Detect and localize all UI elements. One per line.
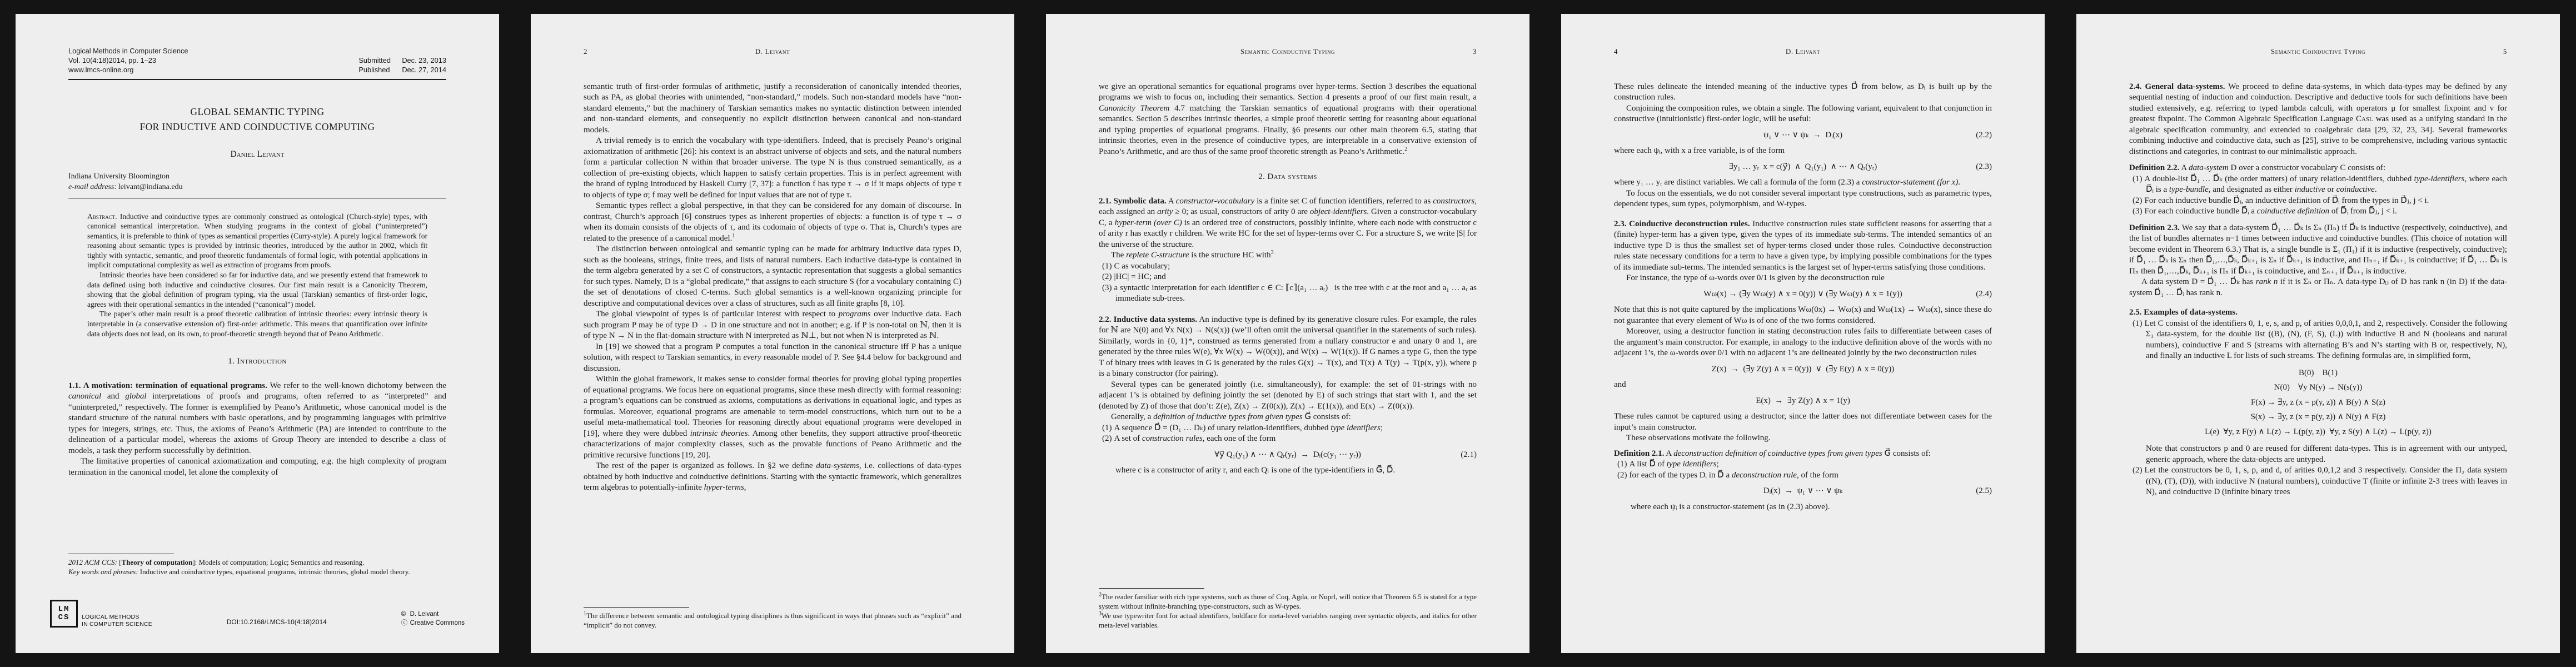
running-title: Semantic Coinductive Typing — [2157, 46, 2479, 57]
text-run: These rules delineate the intended meani… — [1614, 82, 1992, 102]
text-run: global — [125, 392, 146, 401]
text-run: ; — [1381, 424, 1383, 432]
vertical-space — [68, 339, 446, 356]
text-run: Intrinsic theories have been considered … — [87, 271, 427, 308]
text-run: where c is a constructor of arity r, and… — [1115, 466, 1395, 475]
text-run: The limitative properties of canonical a… — [68, 457, 446, 477]
text-run: Definition 2.2. — [2129, 163, 2179, 172]
text-run: A data system D = D⃗₁ … D⃗ₖ has — [2141, 277, 2256, 286]
text-run: ]: Models of computation; Logic; Semanti… — [192, 558, 364, 566]
text-run: ≥ 0; as usual, constructors of arity 0 a… — [1173, 207, 1309, 216]
footnote: Key words and phrases: Inductive and coi… — [68, 567, 446, 576]
paragraph: where each ψᵢ, with x a free variable, i… — [1614, 146, 1992, 157]
text-run: deconstruction rule — [1732, 471, 1797, 480]
journal-info: Logical Methods in Computer ScienceVol. … — [68, 46, 446, 74]
paragraph: Intrinsic theories have been considered … — [87, 270, 427, 309]
text-run: is a finite set C of function identifier… — [1254, 197, 1433, 206]
paragraph: semantic truth of first-order formulas o… — [584, 82, 961, 136]
footnote: 2012 ACM CCS: [Theory of computation]: M… — [68, 558, 446, 567]
text-run: and — [101, 392, 125, 401]
footnote: 3We use typewriter font for actual ident… — [1099, 611, 1477, 630]
license-text: Creative Commons — [410, 619, 465, 628]
list-item: (2)For each inductive bundle D⃗ᵢ, an ind… — [2129, 196, 2507, 207]
text-run: and — [1614, 380, 1626, 389]
text-run: We say that a data-system D⃗₁ … D⃗ₖ is Σ… — [2129, 223, 2507, 276]
equation: Wω(x) → (∃y Wω(y) ∧ x = 0(y)) ∨ (∃y Wω(y… — [1614, 289, 1992, 300]
page-number-right — [1964, 46, 1992, 57]
paragraph: 2.3. Coinductive deconstruction rules. I… — [1614, 219, 1992, 273]
text-run: These rules cannot be captured using a d… — [1614, 412, 1992, 432]
text-run: G⃗ consists of: — [1303, 412, 1351, 421]
text-run: ; — [1716, 460, 1718, 469]
vertical-space — [1614, 444, 1992, 449]
pdf-page-strip: Logical Methods in Computer ScienceVol. … — [0, 0, 2576, 667]
running-header: Semantic Coinductive Typing5 — [2129, 46, 2507, 57]
journal-line: Logical Methods in Computer Science — [68, 46, 188, 56]
text-run: type-identifiers — [2414, 175, 2465, 183]
text-run: asl — [2361, 115, 2373, 123]
paragraph: Within the global framework, it makes se… — [584, 374, 961, 461]
submission-row: PublishedDec. 27, 2014 — [358, 65, 446, 74]
text-run: A list D⃗ of — [1630, 460, 1667, 469]
text-run: for each of the types Dᵢ in D⃗ a — [1630, 471, 1732, 480]
vertical-space — [1614, 210, 1992, 219]
list-item: (1)A sequence D⃗ = (D₁ … Dₖ) of unary re… — [1099, 423, 1477, 434]
submission-label: Submitted — [358, 56, 402, 65]
vertical-space — [2129, 157, 2507, 163]
equation-group: B(0) B(1)N(0) ∀y N(y) → N(s(y))F(x) → ∃y… — [2129, 364, 2507, 442]
text-run: type identifiers — [1667, 460, 1717, 469]
text-run: The reader familiar with rich type syste… — [1099, 593, 1477, 610]
text-run: A set of — [1114, 434, 1142, 443]
text-run: A sequence D⃗ = (D₁ … Dₖ) of unary relat… — [1114, 424, 1331, 432]
vertical-space — [68, 135, 446, 149]
equation: ∃y₁ … yᵣ x = c(y⃗) ∧ Q₁(y₁) ∧ ⋯ ∧ Qᵣ(yᵣ)… — [1614, 162, 1992, 173]
page-number-left — [2129, 46, 2157, 57]
text-run: interpretations of proofs and programs, … — [68, 392, 446, 455]
license-info: ©D. LeivantⓒCreative Commons — [401, 610, 465, 628]
submission-date: Dec. 23, 2013 — [402, 56, 446, 65]
paragraph: For instance, the type of ω-words over 0… — [1614, 273, 1992, 284]
logo-caption-line: LOGICAL METHODS — [82, 614, 152, 621]
item-label: (1) — [2132, 319, 2145, 328]
item-label: (2) — [1102, 434, 1114, 443]
item-label: (2) — [2132, 196, 2145, 205]
text-run: G⃗ consists of: — [1882, 449, 1931, 458]
equation-line: L(e) ∀y, z F(y) ∧ L(z) → L(p(y, z)) ∀y, … — [2129, 427, 2507, 438]
text-run: A trivial remedy is to enrich the vocabu… — [584, 136, 961, 200]
text-run: 2.5. Examples of data-systems. — [2129, 308, 2238, 317]
text-run: For each coinductive bundle D⃗ᵢ a — [2145, 207, 2257, 216]
text-run: Abstract. — [87, 212, 117, 221]
paragraph: The global viewpoint of types is of part… — [584, 309, 961, 342]
equation-formula: ψ₁ ∨ ⋯ ∨ ψₖ → Dᵢ(x) — [1652, 130, 1954, 141]
paragraph: where c is a constructor of arity r, and… — [1099, 465, 1477, 476]
item-label: (1) — [1102, 262, 1114, 271]
paragraph: Abstract. Inductive and coinductive type… — [87, 212, 427, 271]
paragraph: Conjoining the composition rules, we obt… — [1614, 103, 1992, 125]
publisher-block: LMCSLOGICAL METHODSIN COMPUTER SCIENCE — [50, 600, 152, 628]
text-run: The — [1111, 251, 1126, 260]
paragraph: Generally, a definition of inductive typ… — [1099, 412, 1477, 423]
text-run: Let C consist of the identifiers 0, 1, e… — [2145, 319, 2508, 361]
text-run: coinductive definition — [2257, 207, 2329, 216]
paragraph: These rules cannot be captured using a d… — [1614, 411, 1992, 433]
text-run: We use typewriter font for actual identi… — [1099, 611, 1477, 629]
footnote-rule — [584, 607, 689, 608]
text-run: Canonicity Theorem — [1099, 104, 1169, 113]
text-run: hyper-terms — [704, 483, 744, 492]
text-run: , and designated as either — [2209, 185, 2295, 194]
logo-caption: LOGICAL METHODSIN COMPUTER SCIENCE — [82, 614, 152, 628]
paragraph: 2.1. Symbolic data. A constructor-vocabu… — [1099, 196, 1477, 251]
item-label: (2) — [1102, 272, 1114, 281]
vertical-space — [2129, 298, 2507, 307]
text-run: Note that constructors p and 0 are reuse… — [2146, 444, 2507, 464]
journal-line: www.lmcs-online.org — [68, 65, 188, 74]
text-run: : leivant@indiana.edu — [114, 183, 182, 191]
equation-line: S(x) → ∃y, z (x = p(y, z)) ∧ N(y) ∧ F(z) — [2129, 412, 2507, 423]
submission-date: Dec. 27, 2014 — [402, 65, 446, 74]
submission-label: Published — [358, 65, 402, 74]
text-run: The distinction between ontological and … — [584, 245, 961, 308]
vertical-space — [68, 192, 446, 198]
lmcs-logo-icon: LMCS — [50, 600, 78, 628]
text-run: A double-list D⃗₁ … D⃗ₖ (the order matte… — [2145, 175, 2414, 183]
vertical-space — [68, 198, 446, 212]
text-run: a syntactic interpretation for each iden… — [1114, 283, 1477, 303]
list-item: (1)A list D⃗ of type identifiers; — [1614, 459, 1992, 470]
equation: E(x) → ∃y Z(y) ∧ x = 1(y) — [1614, 396, 1992, 407]
text-run: . — [1958, 178, 1960, 187]
paper-page-1: Logical Methods in Computer ScienceVol. … — [16, 14, 499, 653]
text-run: Theory of computation — [121, 558, 192, 566]
vertical-space — [68, 80, 446, 104]
list-item: (3)For each coinductive bundle D⃗ᵢ a coi… — [2129, 206, 2507, 217]
text-run: Definition 2.1. — [1614, 449, 1664, 458]
paragraph: These rules delineate the intended meani… — [1614, 82, 1992, 103]
text-run: Generally, a — [1111, 412, 1153, 421]
page-number-left: 2 — [584, 46, 611, 57]
section-heading: 1. Introduction — [68, 356, 446, 367]
text-run: Definition 2.3. — [2129, 223, 2180, 232]
item-label: (2) — [1617, 471, 1630, 480]
text-run: definition of inductive types from given… — [1153, 412, 1303, 421]
text-run: Several types can be generated jointly (… — [1099, 380, 1477, 411]
list-item: (1)A double-list D⃗₁ … D⃗ₖ (the order ma… — [2129, 174, 2507, 196]
equation-formula: Z(x) → (∃y Z(y) ∧ x = 0(y)) ∨ (∃y E(y) ∧… — [1652, 364, 1954, 375]
paragraph: Definition 2.3. We say that a data-syste… — [2129, 223, 2507, 277]
text-run: For each inductive bundle D⃗ᵢ, an induct… — [2145, 196, 2429, 205]
list-item: (2)|HC| = HC; and — [1099, 272, 1477, 283]
text-run: The rest of the paper is organized as fo… — [596, 461, 816, 470]
footnote: 2The reader familiar with rich type syst… — [1099, 592, 1477, 611]
text-run: coinductive — [2336, 185, 2375, 194]
text-run: 2.1. Symbolic data. — [1099, 197, 1167, 206]
equation-number: (2.2) — [1954, 130, 1992, 141]
page-number-right: 3 — [1449, 46, 1477, 57]
paragraph: 2.5. Examples of data-systems. — [2129, 307, 2507, 318]
license-row: ©D. Leivant — [401, 610, 465, 619]
text-run: Inductive and coinductive types are comm… — [87, 212, 427, 270]
text-run: inductive — [2295, 185, 2325, 194]
paragraph: A trivial remedy is to enrich the vocabu… — [584, 136, 961, 201]
paragraph: where each ψᵢ is a constructor-statement… — [1614, 502, 1992, 513]
paragraph: 2.2. Inductive data systems. An inductiv… — [1099, 315, 1477, 380]
text-run: or — [2325, 185, 2336, 194]
paper-title: GLOBAL SEMANTIC TYPINGFOR INDUCTIVE AND … — [68, 104, 446, 135]
paragraph: These observations motivate the followin… — [1614, 433, 1992, 444]
text-run: data-system — [2189, 163, 2229, 172]
equation: Z(x) → (∃y Z(y) ∧ x = 0(y)) ∨ (∃y E(y) ∧… — [1614, 364, 1992, 375]
text-run: 3 — [1271, 250, 1274, 256]
email-line: e-mail address: leivant@indiana.edu — [68, 182, 446, 192]
item-label: (1) — [1102, 424, 1114, 432]
text-run: 2 — [1404, 146, 1407, 152]
text-run: The paper’s other main result is a proof… — [87, 310, 427, 337]
paragraph: A data system D = D⃗₁ … D⃗ₖ has rank n i… — [2129, 277, 2507, 298]
text-run: construction rules — [1142, 434, 1203, 443]
text-run: , — [744, 483, 746, 492]
equation-number: (2.1) — [1439, 450, 1477, 461]
author-name: Daniel Leivant — [68, 149, 446, 160]
affiliation: Indiana University Bloomington — [68, 171, 446, 182]
vertical-space — [68, 160, 446, 171]
logo-letters: CS — [58, 614, 70, 622]
list-item: (2)Let the constructors be 0, 1, s, p, a… — [2129, 465, 2507, 498]
running-header: 2D. Leivant — [584, 46, 961, 57]
page-number-left: 4 — [1614, 46, 1642, 57]
doi-text: DOI:10.2168/LMCS-10(4:18)2014 — [152, 617, 401, 628]
page-number-left — [1099, 46, 1127, 57]
equation-formula: Wω(x) → (∃y Wω(y) ∧ x = 0(y)) ∨ (∃y Wω(y… — [1652, 289, 1954, 300]
text-run: type-bundle — [2169, 185, 2209, 194]
text-run: we give an operational semantics for equ… — [1099, 82, 1477, 102]
text-run: where y₁ … yᵣ are distinct variables. We… — [1614, 178, 1862, 187]
footnote-rule — [1099, 588, 1204, 589]
vertical-space — [1099, 183, 1477, 196]
equation-line: F(x) → ∃y, z (x = p(y, z)) ∧ B(y) ∧ S(z) — [2129, 397, 2507, 409]
page-number-right: 5 — [2479, 46, 2507, 57]
list-item: (2)A set of construction rules, each one… — [1099, 434, 1477, 445]
text-run: Indiana University Bloomington — [68, 172, 170, 181]
equation-line: N(0) ∀y N(y) → N(s(y)) — [2129, 382, 2507, 394]
title-line: FOR INDUCTIVE AND COINDUCTIVE COMPUTING — [68, 120, 446, 135]
text-run: D over a constructor vocabulary C consis… — [2229, 163, 2385, 172]
paragraph: The limitative properties of canonical a… — [68, 456, 446, 478]
text-run: 2.3. Coinductive deconstruction rules. — [1614, 220, 1750, 228]
equation-line: B(0) B(1) — [2129, 368, 2507, 379]
flex-spacer — [584, 494, 961, 602]
paragraph: where y₁ … yᵣ are distinct variables. We… — [1614, 177, 1992, 188]
text-run: data-systems — [816, 461, 859, 470]
equation-formula: ∀y⃗ Q₁(y₁) ∧ ⋯ ∧ Qᵣ(yᵣ) → Dᵢ(c(y₁ ⋯ yᵣ)) — [1137, 450, 1439, 461]
paper-page-5: Semantic Coinductive Typing52.4. General… — [2076, 14, 2560, 653]
vertical-space — [68, 367, 446, 381]
paragraph: Definition 2.2. A data-system D over a c… — [2129, 163, 2507, 174]
text-run: Moreover, using a destructor function in… — [1614, 327, 1992, 357]
equation: ψ₁ ∨ ⋯ ∨ ψₖ → Dᵢ(x)(2.2) — [1614, 130, 1992, 141]
text-run: constructor-statement (for x) — [1862, 178, 1958, 187]
text-run: A — [2179, 163, 2189, 172]
paragraph: To focus on the essentials, we do not co… — [1614, 188, 1992, 210]
list-item: (1)C as vocabulary; — [1099, 261, 1477, 272]
footnote: 1The difference between semantic and ont… — [584, 611, 961, 630]
list-item: (3)a syntactic interpretation for each i… — [1099, 283, 1477, 305]
equation-formula: Dᵢ(x) → ψ₁ ∨ ⋯ ∨ ψₖ — [1652, 486, 1954, 497]
equation-number: (2.4) — [1954, 289, 1992, 300]
journal-lines: Logical Methods in Computer ScienceVol. … — [68, 46, 188, 74]
text-run: To focus on the essentials, we do not co… — [1614, 189, 1992, 209]
text-run: Inductive and coinductive types, equatio… — [138, 568, 410, 576]
item-label: (1) — [2132, 175, 2145, 183]
section-heading: 2. Data systems — [1099, 172, 1477, 183]
text-run: Conjoining the composition rules, we obt… — [1614, 104, 1992, 124]
equation-number: (2.3) — [1954, 162, 1992, 173]
item-label: (3) — [2132, 207, 2145, 216]
text-run: constructor-vocabulary — [1176, 197, 1254, 206]
paragraph: Several types can be generated jointly (… — [1099, 380, 1477, 412]
text-run: of D⃗ᵢ from D⃗ⱼ, j < i. — [2329, 207, 2397, 216]
text-run: 1. Introduction — [228, 357, 286, 366]
text-run: C as vocabulary; — [1114, 262, 1170, 271]
text-run: every — [743, 353, 761, 362]
creative-commons-icon: ⓒ — [401, 619, 410, 628]
page-number-right — [934, 46, 961, 57]
equation-formula: E(x) → ∃y Z(y) ∧ x = 1(y) — [1652, 396, 1954, 407]
text-run: |HC| = HC; and — [1114, 272, 1166, 281]
text-run: object-identifiers — [1310, 207, 1367, 216]
item-label: (2) — [2132, 466, 2145, 475]
text-run: 2.4. General data-systems. — [2129, 82, 2225, 91]
running-header: 4D. Leivant — [1614, 46, 1992, 57]
paragraph: 1.1. A motivation: termination of equati… — [68, 381, 446, 457]
license-row: ⓒCreative Commons — [401, 619, 465, 628]
list-item: (1)Let C consist of the identifiers 0, 1… — [2129, 318, 2507, 362]
text-run: where each ψᵢ, with x a free variable, i… — [1614, 146, 1785, 155]
vertical-space — [1099, 305, 1477, 315]
paragraph: In [19] we showed that a program P compu… — [584, 342, 961, 375]
submission-row: SubmittedDec. 23, 2013 — [358, 56, 446, 65]
text-run: 1 — [732, 233, 735, 239]
paragraph: and — [1614, 380, 1992, 391]
text-run: canonical — [68, 392, 101, 401]
text-run: 1.1. A motivation: termination of equati… — [68, 381, 267, 390]
running-title: Semantic Coinductive Typing — [1127, 46, 1449, 57]
text-run: e-mail address — [68, 183, 114, 191]
submission-info: SubmittedDec. 23, 2013PublishedDec. 27, … — [358, 56, 446, 74]
license-text: D. Leivant — [410, 610, 439, 619]
paper-page-4: 4D. LeivantThese rules delineate the int… — [1561, 14, 2045, 653]
running-title: D. Leivant — [1642, 46, 1964, 57]
paragraph: we give an operational semantics for equ… — [1099, 82, 1477, 158]
running-title: D. Leivant — [611, 46, 934, 57]
text-run: intrinsic theories — [690, 429, 748, 438]
text-run: A — [1167, 197, 1176, 206]
page-footer: LMCSLOGICAL METHODSIN COMPUTER SCIENCEDO… — [50, 600, 465, 628]
text-run: replete C-structure — [1126, 251, 1189, 260]
flex-spacer — [1099, 476, 1477, 583]
logo-caption-line: IN COMPUTER SCIENCE — [82, 621, 152, 628]
text-run: The difference between semantic and onto… — [584, 611, 961, 629]
journal-line: Vol. 10(4:18)2014, pp. 1–23 — [68, 56, 188, 65]
text-run: 2. Data systems — [1258, 172, 1317, 181]
paragraph: 2.4. General data-systems. We proceed to… — [2129, 82, 2507, 158]
text-run: is the structure HC with — [1189, 251, 1271, 260]
text-run: , of the form — [1797, 471, 1838, 480]
text-run: For instance, the type of ω-words over 0… — [1626, 273, 1885, 282]
text-run: The global viewpoint of types is of part… — [596, 310, 839, 318]
text-run: Daniel Leivant — [230, 150, 284, 159]
text-run: 2.2. Inductive data systems. — [1099, 315, 1197, 324]
footnote-rule — [68, 554, 174, 554]
equation: ∀y⃗ Q₁(y₁) ∧ ⋯ ∧ Qᵣ(yᵣ) → Dᵢ(c(y₁ ⋯ yᵣ))… — [1099, 450, 1477, 461]
paragraph: The rest of the paper is organized as fo… — [584, 461, 961, 494]
item-label: (3) — [1102, 283, 1114, 292]
paragraph: Note that this is not quite captured by … — [1614, 305, 1992, 326]
vertical-space — [2129, 217, 2507, 223]
equation-number: (2.5) — [1954, 486, 1992, 497]
text-run: , each one of the form — [1203, 434, 1276, 443]
text-run: type identifiers — [1331, 424, 1381, 432]
paragraph: Semantic types reflect a global perspect… — [584, 201, 961, 244]
equation-formula: ∃y₁ … yᵣ x = c(y⃗) ∧ Q₁(y₁) ∧ ⋯ ∧ Qᵣ(yᵣ) — [1652, 162, 1954, 173]
text-run: arity — [1157, 207, 1173, 216]
text-run: Within the global framework, it makes se… — [584, 375, 961, 438]
text-run: A — [1664, 449, 1673, 458]
text-run: deconstruction definition of coinductive… — [1673, 449, 1882, 458]
text-run: We refer to the well-known dichotomy bet… — [267, 381, 446, 390]
item-label: (1) — [1617, 460, 1630, 469]
title-line: GLOBAL SEMANTIC TYPING — [68, 104, 446, 120]
paragraph: Note that constructors p and 0 are reuse… — [2129, 444, 2507, 465]
text-run: Semantic types reflect a global perspect… — [584, 201, 961, 243]
vertical-space — [1099, 157, 1477, 172]
equation: Dᵢ(x) → ψ₁ ∨ ⋯ ∨ ψₖ(2.5) — [1614, 486, 1992, 497]
text-run: semantic truth of first-order formulas o… — [584, 82, 961, 135]
paper-page-2: 2D. Leivantsemantic truth of first-order… — [531, 14, 1014, 653]
paragraph: The replete C-structure is the structure… — [1099, 250, 1477, 261]
text-run: constructors — [1433, 197, 1474, 206]
paragraph: The paper’s other main result is a proof… — [87, 309, 427, 339]
text-run: Note that this is not quite captured by … — [1614, 305, 1992, 325]
paragraph: The distinction between ontological and … — [584, 244, 961, 309]
text-run: . — [2375, 185, 2377, 194]
paper-page-3: Semantic Coinductive Typing3we give an o… — [1046, 14, 1529, 653]
text-run: Key words and phrases: — [68, 568, 138, 576]
flex-spacer — [68, 478, 446, 548]
text-run: rank n — [2256, 277, 2278, 286]
paragraph: Moreover, using a destructor function in… — [1614, 326, 1992, 359]
text-run: hyper-term (over C) — [1115, 218, 1182, 227]
text-run: An inductive type is defined by its gene… — [1099, 315, 1477, 379]
logo-letters: LM — [58, 605, 70, 614]
text-run: programs — [839, 310, 871, 318]
text-run: where each ψᵢ is a constructor-statement… — [1631, 502, 1830, 511]
text-run: 2012 ACM CCS: — [68, 558, 117, 566]
text-run: Let the constructors be 0, 1, s, p, and … — [2145, 466, 2508, 496]
list-item: (2)for each of the types Dᵢ in D⃗ a deco… — [1614, 470, 1992, 481]
copyright-icon: © — [401, 610, 410, 619]
running-header: Semantic Coinductive Typing3 — [1099, 46, 1477, 57]
text-run: These observations motivate the followin… — [1626, 434, 1771, 442]
paragraph: Definition 2.1. A deconstruction definit… — [1614, 449, 1992, 460]
